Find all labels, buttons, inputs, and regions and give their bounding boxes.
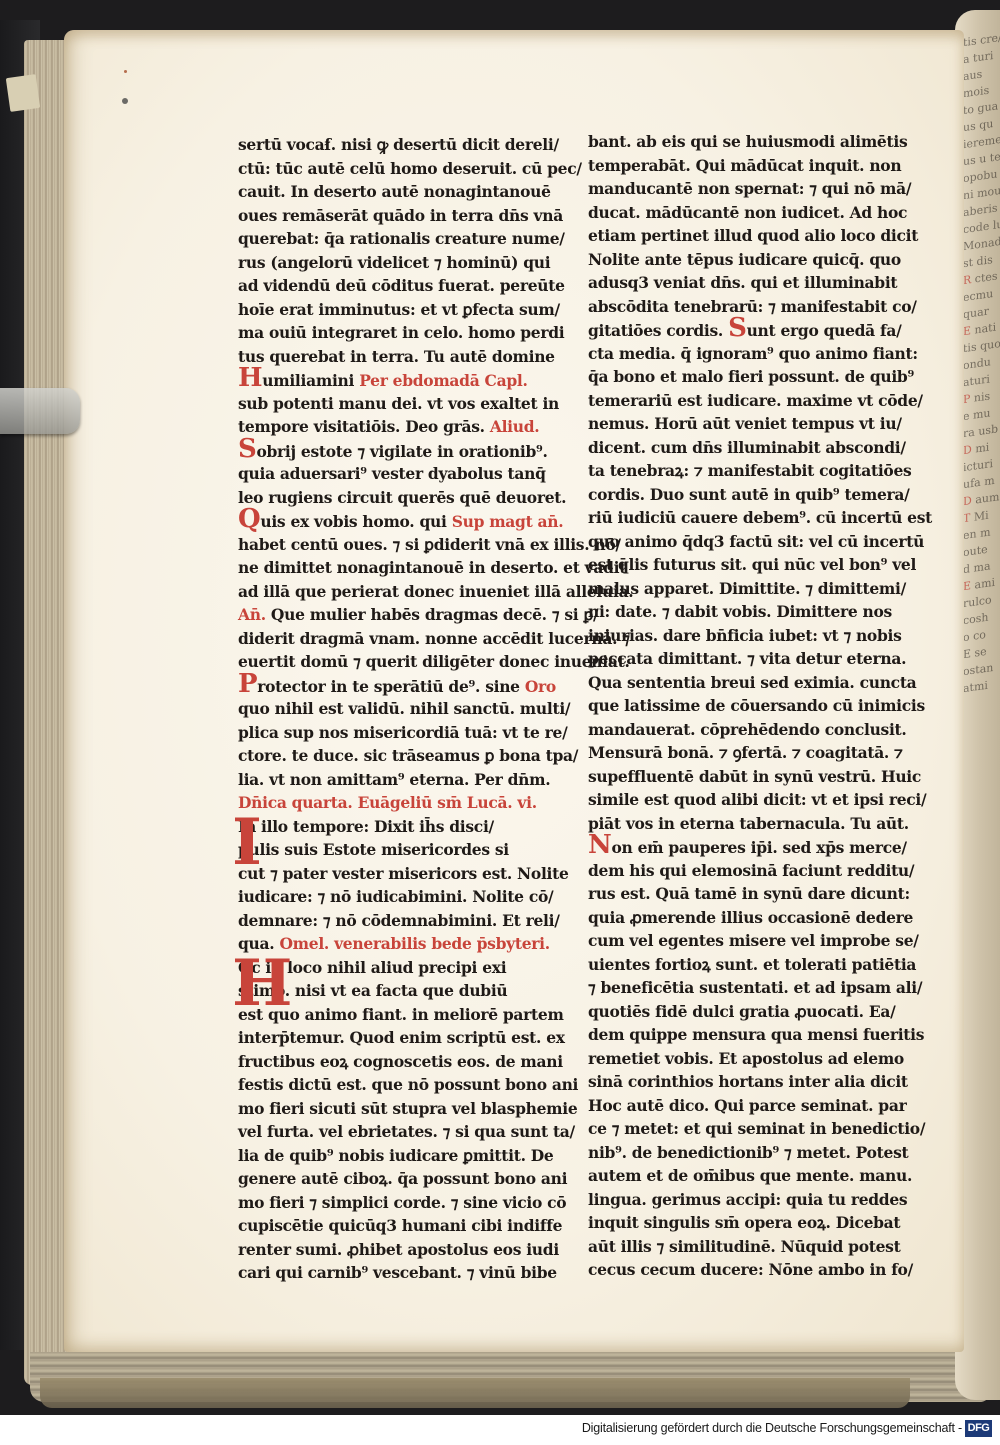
text-segment: oues remāserāt quādo in terra dn̄s vnā [238,206,563,225]
text-segment: sinā corinthios hortans inter alia dicit [588,1072,908,1091]
text-line: tus querebat in terra. Tu autē domine [238,345,558,369]
text-line: Non em̄ pauperes ip̄i. sed xp̄s merce/ [588,835,918,859]
text-segment: dicent. cum dn̄s illuminabit abscondi/ [588,438,906,457]
text-line: ni: date. ⁊ dabit vobis. Dimittere nos [588,600,918,624]
text-segment: temperabāt. Qui mādūcat inquit. non [588,156,901,175]
rubric-initial: S [728,313,746,343]
text-line: Mensurā bonā. ⁊ ꝯfertā. ⁊ coagitatā. ⁊ [588,741,918,765]
text-segment: cta media. q̄ ignoram⁹ quo animo fiant: [588,344,918,363]
text-line: renter sumi. ꝓhibet apostolus eos iudi [238,1238,558,1262]
text-segment: Que mulier habēs dragmas decē. ⁊ si ꝑ/ [266,605,599,624]
bookmark-strip [0,388,80,434]
text-line: festis dictū est. que nō possunt bono an… [238,1073,558,1097]
text-segment: dem quippe mensura qua mensi fueritis [588,1025,924,1044]
text-segment: ctore. te duce. sic trāseamus ꝑ bona tpa… [238,746,578,765]
text-segment: autem et de om̄ibus que mente. manu. [588,1166,912,1185]
text-segment: ducat. mādūcantē non iudicet. Ad hoc [588,203,907,222]
text-line: Humiliamini Per ebdomadā Capl. [238,368,558,392]
text-line: Sobrij estote ⁊ vigilate in orationib⁹. [238,439,558,463]
funding-credit: Digitalisierung gefördert durch die Deut… [582,1421,962,1435]
text-line: pulis suis Estote misericordes si [238,838,558,862]
text-line: lia. vt non amittam⁹ eterna. Per dn̄m. [238,768,558,792]
text-segment: quia aduersari⁹ vester dyabolus tanq̄ [238,464,546,483]
text-line: iudicare: ⁊ nō iudicabimini. Nolite cō/ [238,885,558,909]
text-segment: cupiscētie quicūq3 humani cibi indiffe [238,1216,562,1235]
text-segment: interp̄temur. Quod enim scriptū est. ex [238,1028,565,1047]
text-segment: est q̄lis futurus sit. qui nūc vel bon⁹ … [588,555,916,574]
text-segment: vel furta. vel ebrietates. ⁊ si qua sunt… [238,1122,575,1141]
text-segment: ta tenebraꝝ: ⁊ manifestabit cogitatiōes [588,461,911,480]
left-text-column: sertū vocaẜ. nisi ꝙ desertū dicit dereli… [238,133,558,1285]
text-segment: cecus cecum ducere: Nōne ambo in fo/ [588,1260,913,1279]
text-segment: adusq3 veniat dn̄s. qui et illuminabit [588,273,897,292]
text-segment: hoīe erat imminutus: et vt ꝑfecta sum/ [238,300,560,319]
text-segment: etiam pertinet illud quod alio loco dici… [588,226,918,245]
text-line: cum vel egentes misere vel improbe se/ [588,929,918,953]
text-line: fructibus eoꝝ cognoscetis eos. de mani [238,1050,558,1074]
text-segment: aūt illis ⁊ similitudinē. Nūquid potest [588,1237,900,1256]
text-segment: cut ⁊ pater vester misericors est. Nolit… [238,864,569,883]
text-segment: bant. ab eis qui se huiusmodi alimētis [588,132,907,151]
text-segment: ma ouiū integraret in celo. homo perdi [238,323,564,342]
text-line: quo nihil est validū. nihil sanctū. mult… [238,697,558,721]
text-line: simile est quod alibi dicit: vt et ipsi … [588,788,918,812]
text-line: euertit domū ⁊ querit diligēter donec in… [238,650,558,674]
text-line: Quis ex vobis homo. qui Sup magt an̄. [238,509,558,533]
text-segment: cum vel egentes misere vel improbe se/ [588,931,919,950]
text-line: dicent. cum dn̄s illuminabit abscondi/ [588,436,918,460]
text-line: cecus cecum ducere: Nōne ambo in fo/ [588,1258,918,1282]
text-line: uientes fortioꝝ sunt. et tolerati patiēt… [588,953,918,977]
text-line: supeffluentē dabūt in synū vestrū. Huic [588,765,918,789]
text-line: ad videndū deū cōditus fuerat. pereūte [238,274,558,298]
text-segment: dem his qui elemosinā faciunt redditu/ [588,861,914,880]
text-line: lingua. gerimus accipi: quia tu reddes [588,1188,918,1212]
ink-spot [124,70,127,73]
text-line: interp̄temur. Quod enim scriptū est. ex [238,1026,558,1050]
text-segment: quotiēs fidē dulci gratia ꝓuocati. Ea/ [588,1002,895,1021]
paper-tab [6,74,40,112]
text-line: ce ⁊ metet: et qui seminat in benedictio… [588,1117,918,1141]
text-line: cut ⁊ pater vester misericors est. Nolit… [238,862,558,886]
text-line: ⁊ beneficētia sustentati. et ad ipsam al… [588,976,918,1000]
text-segment: sertū vocaẜ. nisi ꝙ desertū dicit dereli… [238,135,559,154]
text-line: quia ꝓmerende illius occasionē dedere [588,906,918,930]
facing-page-text: tis cre/ a turi aus mois to gua us qu ie… [963,26,1000,1334]
text-segment: leo rugiens circuit querēs quē deuoret. [238,488,566,507]
text-segment: lia de quib⁹ nobis iudicare ꝑmittit. De [238,1146,553,1165]
text-segment: plica sup nos misericordiā tuā: vt te re… [238,723,567,742]
text-line: mo fieri sicuti sūt stupra vel blasphemi… [238,1097,558,1121]
ink-spot [122,98,128,104]
text-line: autem et de om̄ibus que mente. manu. [588,1164,918,1188]
rubric-heading: Sup magt an̄. [452,512,564,531]
footer-bar: Digitalisierung gefördert durch die Deut… [0,1415,1000,1445]
text-segment: uis ex vobis homo. qui [260,512,451,531]
text-segment: lingua. gerimus accipi: quia tu reddes [588,1190,907,1209]
text-line: est q̄lis futurus sit. qui nūc vel bon⁹ … [588,553,918,577]
text-segment: sub potenti manu dei. vt vos exaltet in [238,394,559,413]
text-segment: ne dimittet nonagintanouē in deserto. et… [238,558,626,577]
text-line: cari qui carnib⁹ vescebant. ⁊ vinū bibe [238,1261,558,1285]
text-line: que latissime de cōuersando cū inimicis [588,694,918,718]
text-segment: tempore visitatiōis. Deo grās. [238,417,490,436]
text-line: querebat: q̄a rationalis creature nume/ [238,227,558,251]
text-line: etiam pertinet illud quod alio loco dici… [588,224,918,248]
text-segment: quo animo q̄dq3 factū sit: vel cū incert… [588,532,924,551]
text-line: quo animo q̄dq3 factū sit: vel cū incert… [588,530,918,554]
text-segment: genere autē ciboꝝ. q̄a possunt bono ani [238,1169,567,1188]
text-segment: umiliamini [262,371,359,390]
text-line: rus est. Quā tamē in synū dare dicunt: [588,882,918,906]
text-line: genere autē ciboꝝ. q̄a possunt bono ani [238,1167,558,1191]
text-segment: habet centū oues. ⁊ si ꝑdiderit vnā ex i… [238,535,621,554]
text-line: dem quippe mensura qua mensi fueritis [588,1023,918,1047]
text-segment: pulis suis Estote misericordes si [238,840,509,859]
text-line: q̄a bono et malo fieri possunt. de quib⁹ [588,365,918,389]
text-segment: querebat: q̄a rationalis creature nume/ [238,229,565,248]
text-line: temerariū est iudicare. maxime vt cōde/ [588,389,918,413]
text-line: ma ouiū integraret in celo. homo perdi [238,321,558,345]
text-segment: rus est. Quā tamē in synū dare dicunt: [588,884,910,903]
text-segment: que latissime de cōuersando cū inimicis [588,696,925,715]
text-segment: riū iudiciū cauere debem⁹. cū incertū es… [588,508,932,527]
text-line: manducantē non spernat: ⁊ qui nō mā/ [588,177,918,201]
text-line: nemus. Horū aūt veniet tempus vt iu/ [588,412,918,436]
dfg-logo: DFG [965,1420,992,1437]
text-line: lia de quib⁹ nobis iudicare ꝑmittit. De [238,1144,558,1168]
text-segment: simile est quod alibi dicit: vt et ipsi … [588,790,926,809]
text-line: sertū vocaẜ. nisi ꝙ desertū dicit dereli… [238,133,558,157]
text-segment: temerariū est iudicare. maxime vt cōde/ [588,391,923,410]
text-line: oues remāserāt quādo in terra dn̄s vnā [238,204,558,228]
text-line: Nolite ante tēpus iudicare quicq̄. quo [588,248,918,272]
text-segment: In illo tempore: Dixit ih̄s disci/ [238,817,494,836]
text-segment: cordis. Duo sunt autē in quib⁹ temera/ [588,485,910,504]
text-line: dem his qui elemosinā faciunt redditu/ [588,859,918,883]
text-line: Hoc autē dico. Qui parce seminat. par [588,1094,918,1118]
rubric-initial: Q [238,504,260,534]
text-segment: quo nihil est validū. nihil sanctū. mult… [238,699,570,718]
text-line: sub potenti manu dei. vt vos exaltet in [238,392,558,416]
text-line: peccata dimittant. ⁊ vita detur eterna. [588,647,918,671]
text-segment: uientes fortioꝝ sunt. et tolerati patiēt… [588,955,916,974]
decorated-initial: I [232,811,262,875]
text-line: mandauerat. cōprehēdendo conclusit. [588,718,918,742]
text-segment: iniurias. dare bn̄ficia iubet: vt ⁊ nobi… [588,626,902,645]
text-segment: gitatiōes cordis. [588,321,728,340]
text-segment: Hoc autē dico. Qui parce seminat. par [588,1096,906,1115]
book-bottom-edge [40,1378,910,1408]
rubric-heading: Per ebdomadā Capl. [359,371,527,390]
rubric-heading: Dn̄ica quarta. Euāgeliū sm̄ Lucā. vi. [238,793,537,812]
text-segment: rus (angelorū videlicet ⁊ hominū) qui [238,253,550,272]
text-line: riū iudiciū cauere debem⁹. cū incertū es… [588,506,918,530]
rubric-heading: Omel. venerabilis bede p̄sbyteri. [279,934,549,953]
text-segment: supeffluentē dabūt in synū vestrū. Huic [588,767,921,786]
text-segment: Qua sententia breui sed eximia. cuncta [588,673,916,692]
text-segment: cari qui carnib⁹ vescebant. ⁊ vinū bibe [238,1263,557,1282]
text-segment: ad videndū deū cōditus fuerat. pereūte [238,276,565,295]
text-line: mo fieri ⁊ simplici corde. ⁊ sine vicio … [238,1191,558,1215]
text-line: cupiscētie quicūq3 humani cibi indiffe [238,1214,558,1238]
scanned-book-photo: tis cre/ a turi aus mois to gua us qu ie… [0,0,1000,1415]
text-line: Qua sententia breui sed eximia. cuncta [588,671,918,695]
rubric-heading: Aliud. [490,417,540,436]
text-line: cordis. Duo sunt autē in quib⁹ temera/ [588,483,918,507]
text-segment: cauit. In deserto autē nonagintanouē [238,182,551,201]
text-segment: quia ꝓmerende illius occasionē dedere [588,908,913,927]
text-line: Protector in te sperātiū de⁹. sine Oro [238,674,558,698]
text-segment: remetiet vobis. Et apostolus ad elemo [588,1049,904,1068]
text-segment: Nolite ante tēpus iudicare quicq̄. quo [588,250,901,269]
text-line: demnare: ⁊ nō cōdemnabimini. Et reli/ [238,909,558,933]
text-segment: ctū: tūc autē celū homo deseruit. cū pec… [238,159,582,178]
text-line: An̄. Que mulier habēs dragmas decē. ⁊ si… [238,603,558,627]
text-line: remetiet vobis. Et apostolus ad elemo [588,1047,918,1071]
text-segment: fructibus eoꝝ cognoscetis eos. de mani [238,1052,563,1071]
text-segment: on em̄ pauperes ip̄i. sed xp̄s merce/ [611,838,906,857]
text-segment: nib⁹. de benedictionib⁹ ⁊ metet. Potest [588,1143,908,1162]
text-line: ta tenebraꝝ: ⁊ manifestabit cogitatiōes [588,459,918,483]
rubric-heading: An̄. [238,605,266,624]
rubric-initial: N [588,830,611,860]
text-segment: mandauerat. cōprehēdendo conclusit. [588,720,907,739]
text-segment: nemus. Horū aūt veniet tempus vt iu/ [588,414,902,433]
text-line: quotiēs fidē dulci gratia ꝓuocati. Ea/ [588,1000,918,1024]
text-segment: renter sumi. ꝓhibet apostolus eos iudi [238,1240,559,1259]
text-segment: mo fieri ⁊ simplici corde. ⁊ sine vicio … [238,1193,566,1212]
decorated-initial: H [232,952,292,1016]
text-segment: rotector in te sperātiū de⁹. sine [257,677,525,696]
text-segment: ce ⁊ metet: et qui seminat in benedictio… [588,1119,925,1138]
text-segment: ni: date. ⁊ dabit vobis. Dimittere nos [588,602,892,621]
text-line: quia aduersari⁹ vester dyabolus tanq̄ [238,462,558,486]
text-segment: unt ergo quedā fa/ [747,321,902,340]
text-line: adusq3 veniat dn̄s. qui et illuminabit [588,271,918,295]
text-line: ne dimittet nonagintanouē in deserto. et… [238,556,558,580]
text-segment: abscōdita tenebrarū: ⁊ manifestabit co/ [588,297,917,316]
text-segment: ad illā que perierat donec inueniet illā… [238,582,633,601]
text-segment: lia. vt non amittam⁹ eterna. Per dn̄m. [238,770,550,789]
rubric-initial: H [238,363,262,393]
text-segment: festis dictū est. que nō possunt bono an… [238,1075,578,1094]
text-line: abscōdita tenebrarū: ⁊ manifestabit co/ [588,295,918,319]
text-line: hoīe erat imminutus: et vt ꝑfecta sum/ [238,298,558,322]
text-segment: ⁊ beneficētia sustentati. et ad ipsam al… [588,978,922,997]
text-line: aūt illis ⁊ similitudinē. Nūquid potest [588,1235,918,1259]
text-line: rus (angelorū videlicet ⁊ hominū) qui [238,251,558,275]
text-line: ducat. mādūcantē non iudicet. Ad hoc [588,201,918,225]
rubric-initial: S [238,434,256,464]
text-line: cta media. q̄ ignoram⁹ quo animo fiant: [588,342,918,366]
text-segment: tus querebat in terra. Tu autē domine [238,347,555,366]
right-text-column: bant. ab eis qui se huiusmodi alimētiste… [588,130,918,1282]
text-line: malus apparet. Dimittite. ⁊ dimittemi/ [588,577,918,601]
text-line: plica sup nos misericordiā tuā: vt te re… [238,721,558,745]
text-line: iniurias. dare bn̄ficia iubet: vt ⁊ nobi… [588,624,918,648]
text-line: ctore. te duce. sic trāseamus ꝑ bona tpa… [238,744,558,768]
text-line: piāt vos in eterna tabernacula. Tu aūt. [588,812,918,836]
text-segment: peccata dimittant. ⁊ vita detur eterna. [588,649,906,668]
text-line: In illo tempore: Dixit ih̄s disci/ [238,815,558,839]
text-line: gitatiōes cordis. Sunt ergo quedā fa/ [588,318,918,342]
text-segment: malus apparet. Dimittite. ⁊ dimittemi/ [588,579,906,598]
text-segment: euertit domū ⁊ querit diligēter donec in… [238,652,630,671]
rubric-heading: Oro [525,677,556,696]
text-line: sinā corinthios hortans inter alia dicit [588,1070,918,1094]
text-segment: obrij estote ⁊ vigilate in orationib⁹. [256,442,547,461]
text-line: nib⁹. de benedictionib⁹ ⁊ metet. Potest [588,1141,918,1165]
text-line: Dn̄ica quarta. Euāgeliū sm̄ Lucā. vi. [238,791,558,815]
text-line: tempore visitatiōis. Deo grās. Aliud. [238,415,558,439]
rubric-initial: P [238,669,257,699]
text-segment: inquit singulis sm̄ opera eoꝝ. Dicebat [588,1213,900,1232]
text-segment: iudicare: ⁊ nō iudicabimini. Nolite cō/ [238,887,553,906]
text-line: temperabāt. Qui mādūcat inquit. non [588,154,918,178]
text-line: cauit. In deserto autē nonagintanouē [238,180,558,204]
text-line: inquit singulis sm̄ opera eoꝝ. Dicebat [588,1211,918,1235]
text-segment: manducantē non spernat: ⁊ qui nō mā/ [588,179,911,198]
text-line: ctū: tūc autē celū homo deseruit. cū pec… [238,157,558,181]
text-segment: q̄a bono et malo fieri possunt. de quib⁹ [588,367,914,386]
text-line: habet centū oues. ⁊ si ꝑdiderit vnā ex i… [238,533,558,557]
text-segment: piāt vos in eterna tabernacula. Tu aūt. [588,814,909,833]
text-line: bant. ab eis qui se huiusmodi alimētis [588,130,918,154]
text-line: vel furta. vel ebrietates. ⁊ si qua sunt… [238,1120,558,1144]
text-segment: Mensurā bonā. ⁊ ꝯfertā. ⁊ coagitatā. ⁊ [588,743,903,762]
text-line: ad illā que perierat donec inueniet illā… [238,580,558,604]
text-segment: diderit dragmā vnam. nonne accēdit lucer… [238,629,630,648]
text-segment: mo fieri sicuti sūt stupra vel blasphemi… [238,1099,577,1118]
text-segment: demnare: ⁊ nō cōdemnabimini. Et reli/ [238,911,560,930]
text-line: diderit dragmā vnam. nonne accēdit lucer… [238,627,558,651]
text-line: leo rugiens circuit querēs quē deuoret. [238,486,558,510]
